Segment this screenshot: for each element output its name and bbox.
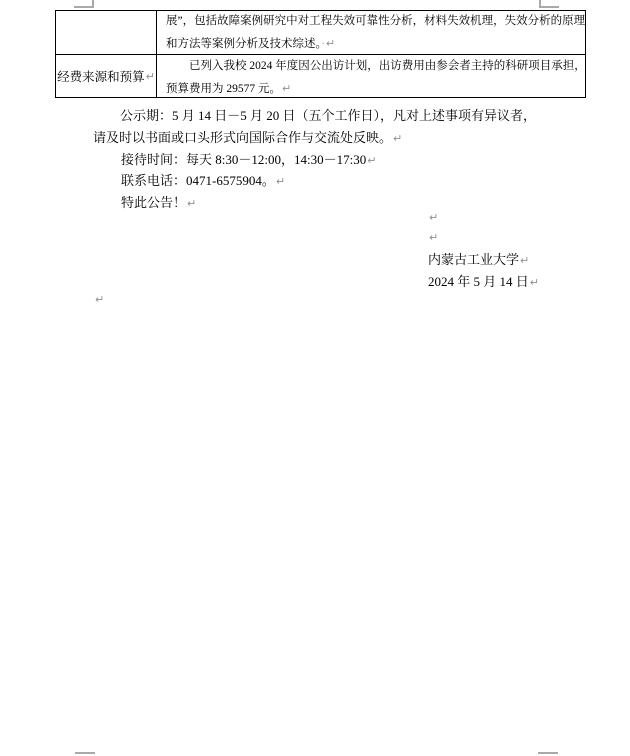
- paragraph-mark-icon: ↵: [429, 230, 438, 246]
- text-boundary-mark-top-left-h: [74, 6, 94, 8]
- feedback-line: 请及时以书面或口头形式向国际合作与交流处反映。↵: [93, 129, 402, 148]
- notice-period-line: 公示期：5 月 14 日－5 月 20 日（五个工作日），凡对上述事项有异议者，: [120, 107, 536, 125]
- text-boundary-mark-top-right-h: [539, 6, 559, 8]
- paragraph-mark-icon: ↵: [95, 292, 104, 308]
- table-row1-line2: 和方法等案例分析及技术综述。·↵: [166, 33, 581, 56]
- paragraph-mark-icon: ↵: [281, 82, 291, 95]
- paragraph-mark-icon: ↵: [529, 276, 539, 289]
- table-row2-line2: 预算费用为 29577 元。↵: [166, 78, 581, 98]
- table-cell-funding-content: 已列入我校 2024 年度因公出访计划，出访费用由参会者主持的科研项目承担， 预…: [157, 55, 585, 97]
- paragraph-mark-icon: ↵: [519, 254, 529, 267]
- table-cell-funding-header: 经费来源和预算↵: [56, 55, 157, 97]
- budget-table: 展”，包括故障案例研究中对工程失效可靠性分析，材料失效机理，失效分析的原理 和方…: [55, 10, 586, 98]
- announcement-closing-line: 特此公告！↵: [121, 194, 196, 213]
- paragraph-mark-icon: ↵: [275, 175, 285, 188]
- signature-organization: 内蒙古工业大学↵: [428, 251, 529, 270]
- paragraph-mark-icon: ↵: [186, 197, 196, 210]
- paragraph-mark-icon: ↵: [392, 132, 402, 145]
- signature-date: 2024 年 5 月 14 日↵: [428, 273, 539, 292]
- funding-header-label: 经费来源和预算: [57, 67, 145, 85]
- table-cell-topic-continued: 展”，包括故障案例研究中对工程失效可靠性分析，材料失效机理，失效分析的原理 和方…: [157, 11, 585, 55]
- document-page: 展”，包括故障案例研究中对工程失效可靠性分析，材料失效机理，失效分析的原理 和方…: [0, 0, 630, 756]
- reception-hours-line: 接待时间：每天 8:30－12:00，14:30－17:30↵: [121, 151, 376, 170]
- contact-phone-line: 联系电话：0471-6575904。↵: [121, 172, 285, 191]
- text-boundary-mark-bottom-left-h: [75, 752, 95, 754]
- text-boundary-mark-bottom-right-h: [538, 752, 558, 754]
- table-row2-line1: 已列入我校 2024 年度因公出访计划，出访费用由参会者主持的科研项目承担，: [166, 56, 581, 78]
- paragraph-mark-icon: ↵: [145, 70, 155, 83]
- table-cell-empty-header: [56, 11, 157, 55]
- paragraph-mark-icon: ↵: [325, 37, 335, 50]
- paragraph-mark-icon: ↵: [366, 154, 376, 167]
- text-boundary-mark-top-left-v: [92, 0, 94, 8]
- text-boundary-mark-top-right-v: [539, 0, 541, 8]
- table-row1-line1: 展”，包括故障案例研究中对工程失效可靠性分析，材料失效机理，失效分析的原理: [166, 11, 581, 33]
- paragraph-mark-icon: ↵: [429, 210, 438, 226]
